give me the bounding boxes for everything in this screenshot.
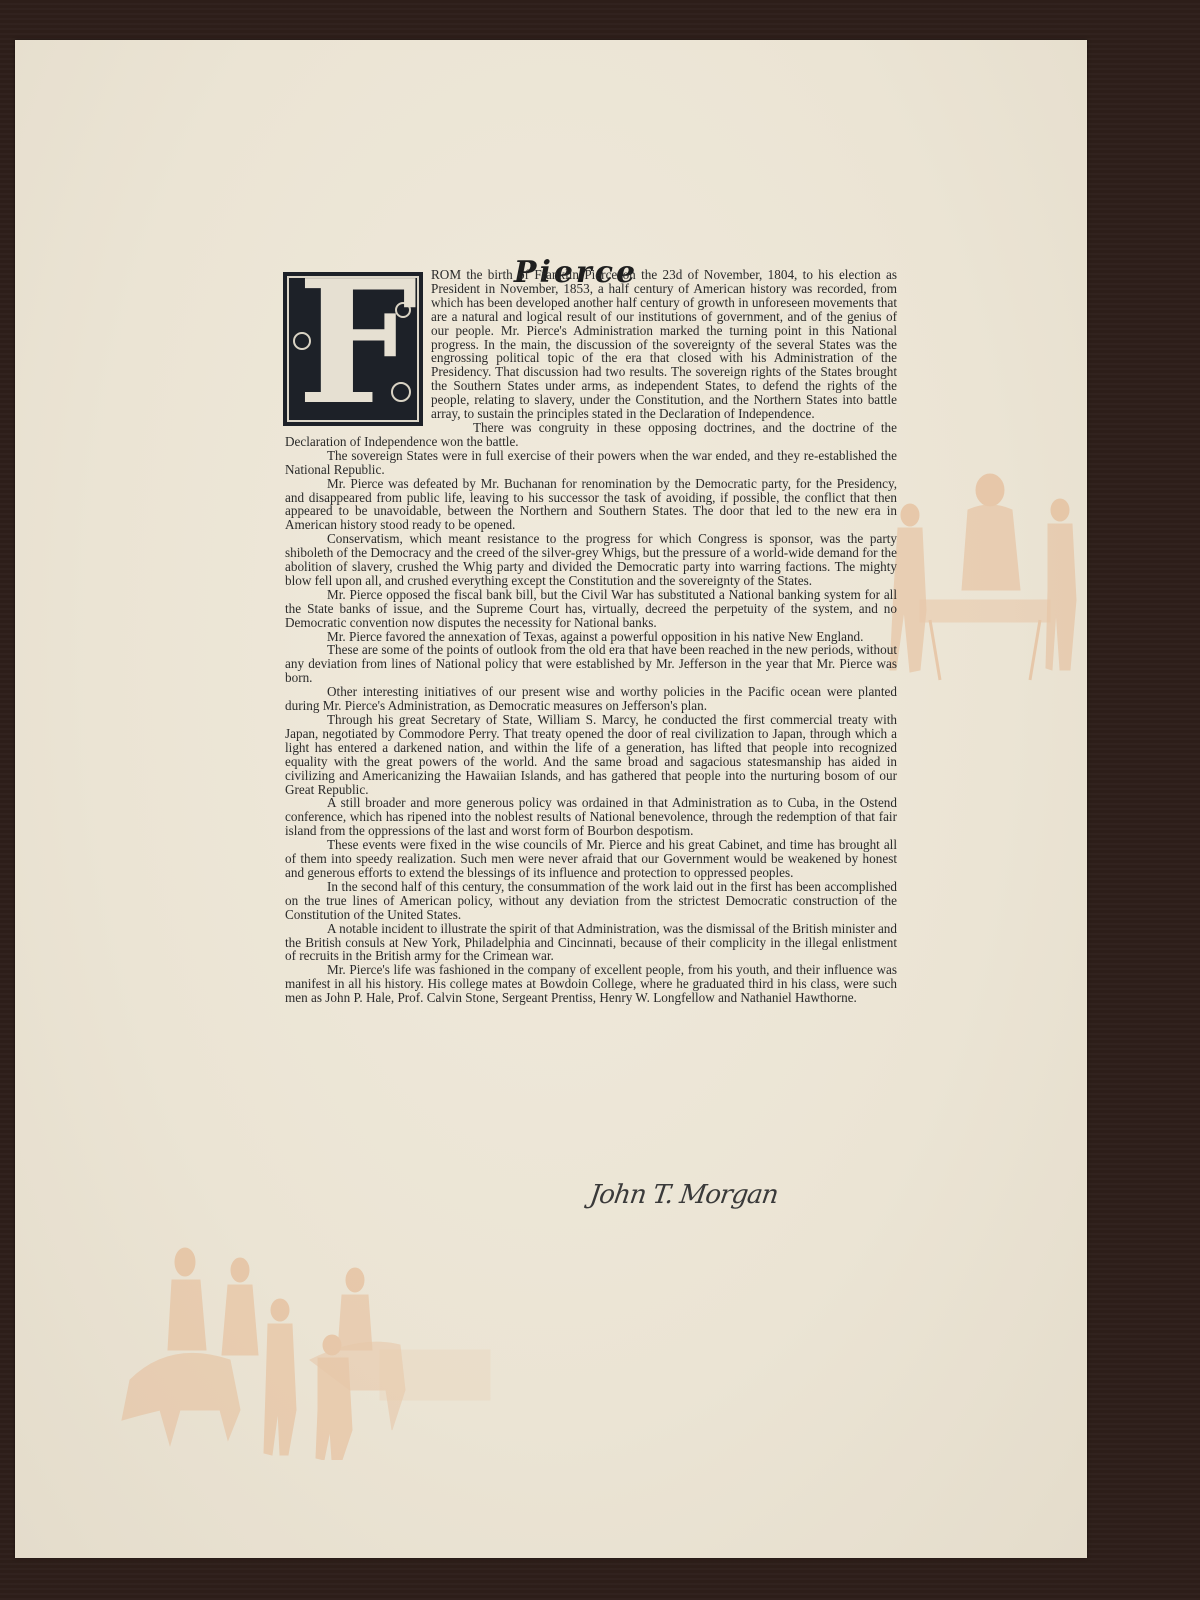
paragraph: A still broader and more generous policy… <box>285 796 897 838</box>
paragraph: Through his great Secretary of State, Wi… <box>285 713 897 796</box>
paragraph: Mr. Pierce opposed the fiscal bank bill,… <box>285 588 897 630</box>
paragraph: The sovereign States were in full exerci… <box>285 449 897 477</box>
paragraph: Mr. Pierce favored the annexation of Tex… <box>285 630 897 644</box>
paragraph: A notable incident to illustrate the spi… <box>285 922 897 964</box>
author-signature: John T. Morgan <box>588 1180 892 1210</box>
cavalry-scene-illustration <box>110 1240 510 1460</box>
paragraph: Mr. Pierce was defeated by Mr. Buchanan … <box>285 477 897 533</box>
paragraph: In the second half of this century, the … <box>285 880 897 922</box>
paragraph: Mr. Pierce's life was fashioned in the c… <box>285 963 897 1005</box>
paragraph: These events were fixed in the wise coun… <box>285 838 897 880</box>
article-body: F ROM the birth of Franklin Pierce on th… <box>285 268 897 1005</box>
paragraph: Other interesting initiatives of our pre… <box>285 685 897 713</box>
paragraph: These are some of the points of outlook … <box>285 643 897 685</box>
signing-scene-illustration <box>880 440 1080 690</box>
drop-cap-letter: F <box>297 272 418 426</box>
paragraph: Conservatism, which meant resistance to … <box>285 532 897 588</box>
illuminated-drop-cap: F <box>283 272 423 426</box>
